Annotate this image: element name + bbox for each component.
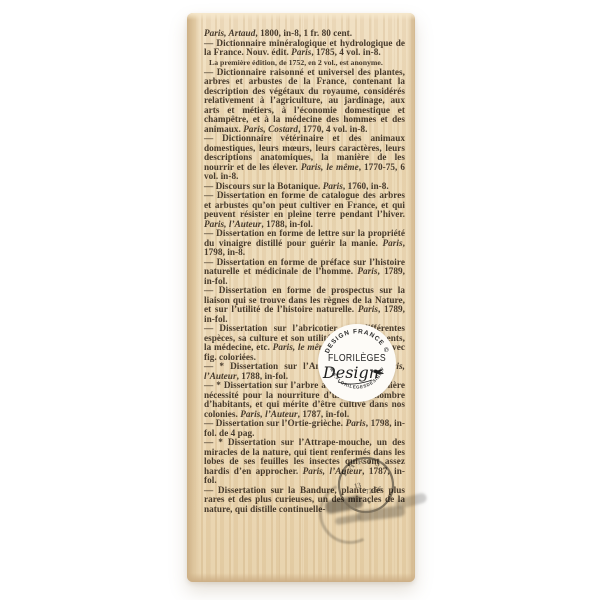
paragraph: — Dictionnaire minéralogique et hydrolog… [204,39,405,58]
brand-badge: DESIGN FRANCE © FLORILÈGES Design WWW.FL… [318,324,396,402]
paragraph: — Dissertation en forme de lettre sur la… [204,229,405,258]
postmark: PARIS 13 72-56 * [323,446,445,552]
design-france-arc-text: DESIGN FRANCE © [324,328,391,354]
product-photo: Paris, Artaud, 1800, in-8, 1 fr. 80 cent… [0,0,600,600]
paragraph: — Dissertation en forme de prospectus su… [204,286,405,324]
wood-edge-top [187,13,415,20]
wood-edge-left [187,13,200,582]
paragraph: La première édition, de 1752, en 2 vol.,… [209,59,405,67]
paragraph: — Dissertation en forme de préface sur l… [204,258,405,287]
wood-edge-bottom [187,573,415,582]
paragraph: — Dissertation sur l’Ortie-grièche. Pari… [204,419,405,438]
postmark-city-text: PARIS [337,456,387,479]
printed-page-text: Paris, Artaud, 1800, in-8, 1 fr. 80 cent… [204,29,405,514]
paragraph: — Dissertation en forme de catalogue des… [204,191,405,229]
paragraph: — Dictionnaire vétérinaire et des animau… [204,134,405,182]
cancellation-smudge [394,492,427,510]
brand-script-text: Design [322,363,379,382]
paragraph: — Dictionnaire raisonné et universel des… [204,68,405,135]
